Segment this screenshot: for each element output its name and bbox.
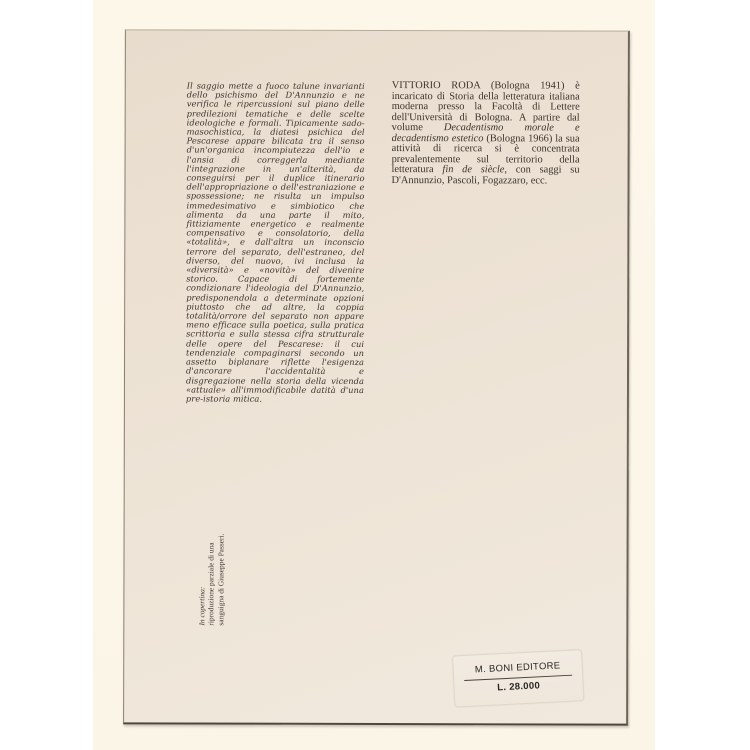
sticker-publisher: M. BONI EDITORE (453, 659, 581, 676)
cover-caption-line-2: riproduzione parziale di una (207, 512, 217, 626)
sticker-price: L. 28.000 (454, 678, 582, 695)
price-sticker: M. BONI EDITORE L. 28.000 (452, 649, 584, 707)
book-blurb: Il saggio mette a fuoco talune invariant… (186, 82, 365, 405)
cover-caption-line-3: sanguigna di Giuseppe Passeri. (216, 512, 226, 626)
author-bio-term: fin de siècle (442, 164, 504, 175)
photo-stage: Il saggio mette a fuoco talune invariant… (0, 0, 750, 750)
cover-caption-label: In copertina: (197, 587, 206, 626)
author-bio: VITTORIO RODA (Bologna 1941) è incaricat… (392, 81, 580, 186)
book-back-cover: Il saggio mette a fuoco talune invariant… (123, 29, 630, 725)
cover-caption: In copertina: riproduzione parziale di u… (196, 512, 226, 626)
